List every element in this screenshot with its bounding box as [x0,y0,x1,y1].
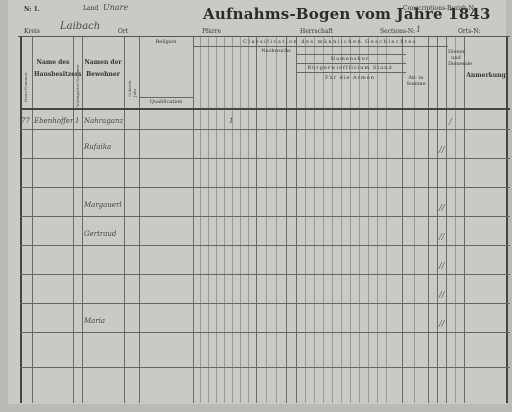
row-4-bewohner: Margauerl [84,201,122,209]
header-nachwuchs: Nachwuchs [257,48,295,54]
tick-mark: // [439,232,444,241]
header-fuer-die-armen: Für die Armen [298,75,402,81]
header-religion: Religion [141,39,191,45]
tick-mark: // [439,145,444,154]
header-anmerkung: Anmerkung [466,72,506,79]
tick-mark: // [439,261,444,270]
tick-mark: / [449,117,452,126]
header-ab-in-summe: Ab- in Summe [404,75,428,87]
kreis-label: Kreis [24,28,40,35]
tick-mark: // [439,203,444,212]
census-sheet: N: 1. Land Unare Aufnahms-Bogen vom Jahr… [8,0,506,404]
land-value: Unare [103,3,128,12]
land-label: Land [83,5,98,12]
row-8-bewohner: Maria [84,317,105,325]
pfarre-label: Pfarre [202,28,221,35]
orts-label: Orts-N: [458,28,480,35]
row-1-mark: 1 [229,117,233,125]
header-bewohner: Namen der Bewohner [84,57,122,81]
header-wohnpartei: Wohnpartei-Nummer [75,62,80,107]
header-geburtsjahr: Geburts-Jahr [127,72,137,97]
header-diener: Diener und Dienende [448,49,464,67]
row-2-bewohner: Rufaika [84,143,111,151]
form-number: N: 1. [24,6,40,13]
ort-label: Ort [118,28,128,35]
row-1-hausbesitzer: Ebenhoffer [34,117,73,125]
row-1-wohnpartei: 1 [75,117,79,125]
header-hausbesitzer: Name des Hausbesitzers [34,57,72,81]
census-table: Name des Hausbesitzers Namen der Bewohne… [20,37,510,403]
row-5-bewohner: Gertraud [84,230,116,238]
tick-mark: // [439,290,444,299]
conscription-label: Conscriptions-Bezirk-N: [403,5,476,12]
tick-mark: // [439,319,444,328]
header-qualification: Qualification [141,99,191,105]
form-header: N: 1. Land Unare Aufnahms-Bogen vom Jahr… [18,0,510,37]
header-classification: Classification des männlichen Geschlecht… [195,39,465,45]
header-namenskur: Namenskur [298,56,402,62]
herrschaft-label: Herrschaft [300,28,333,35]
sections-label: Sections-N: [380,28,415,35]
row-1-haus-nr: 77 [21,117,30,125]
kreis-value: Laibach [60,21,100,32]
row-1-bewohner: Nahraganz [84,117,123,125]
header-buergerstand: Bürgerwiefflicium Stand [298,65,402,71]
header-haus-nr: Haus-Nummer [23,62,28,102]
sections-value: 1 [416,25,421,34]
